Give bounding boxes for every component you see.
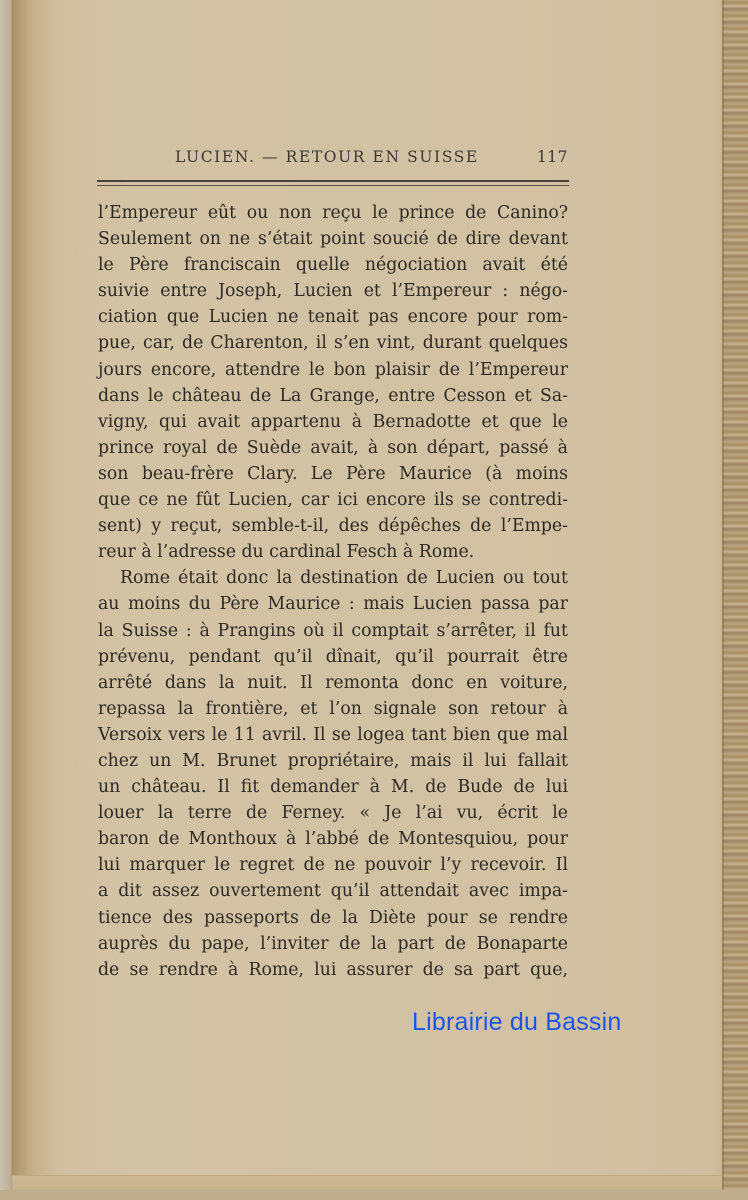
running-title: LUCIEN. — RETOUR EN SUISSE — [175, 148, 479, 166]
text-line: louer la terre de Ferney. « Je l’ai vu, … — [98, 800, 568, 826]
text-line: Versoix vers le 11 avril. Il se logea ta… — [98, 722, 568, 748]
text-line: a dit assez ouvertement qu’il attendait … — [98, 878, 568, 904]
text-line: au moins du Père Maurice : mais Lucien p… — [98, 591, 568, 617]
text-line: repassa la frontière, et l’on signale so… — [98, 696, 568, 722]
page-bottom-edge — [0, 1190, 748, 1200]
header-rule-thin — [97, 185, 569, 186]
text-line: chez un M. Brunet propriétaire, mais il … — [98, 748, 568, 774]
text-line: que ce ne fût Lucien, car ici encore ils… — [98, 487, 568, 513]
text-line: prince royal de Suède avait, à son dépar… — [98, 435, 568, 461]
text-line: vigny, qui avait appartenu à Bernadotte … — [98, 409, 568, 435]
text-line: jours encore, attendre le bon plaisir de… — [98, 357, 568, 383]
text-line: Seulement on ne s’était point soucié de … — [98, 226, 568, 252]
text-line: auprès du pape, l’inviter de la part de … — [98, 931, 568, 957]
text-line: la Suisse : à Prangins où il comptait s’… — [98, 618, 568, 644]
page-block-edges — [720, 0, 748, 1200]
text-line: l’Empereur eût ou non reçu le prince de … — [98, 200, 568, 226]
running-head: LUCIEN. — RETOUR EN SUISSE 117 — [175, 148, 570, 170]
text-line: suivie entre Joseph, Lucien et l’Empereu… — [98, 278, 568, 304]
text-line: lui marquer le regret de ne pouvoir l’y … — [98, 852, 568, 878]
text-line: prévenu, pendant qu’il dînait, qu’il pou… — [98, 644, 568, 670]
text-line: sent) y reçut, semble-t-il, des dépêches… — [98, 513, 568, 539]
text-line: dans le château de La Grange, entre Cess… — [98, 383, 568, 409]
page-number: 117 — [537, 148, 568, 166]
header-rule-thick — [97, 180, 569, 184]
text-line: pue, car, de Charenton, il s’en vint, du… — [98, 330, 568, 356]
text-line: un château. Il fit demander à M. de Bude… — [98, 774, 568, 800]
text-line: de se rendre à Rome, lui assurer de sa p… — [98, 957, 568, 983]
text-line: tience des passeports de la Diète pour s… — [98, 905, 568, 931]
text-line: reur à l’adresse du cardinal Fesch à Rom… — [98, 539, 568, 565]
text-line: son beau-frère Clary. Le Père Maurice (à… — [98, 461, 568, 487]
text-line: baron de Monthoux à l’abbé de Montesquio… — [98, 826, 568, 852]
body-text: l’Empereur eût ou non reçu le prince de … — [98, 200, 568, 983]
text-line: ciation que Lucien ne tenait pas encore … — [98, 304, 568, 330]
bookseller-watermark: Librairie du Bassin — [412, 1008, 621, 1037]
text-line: le Père franciscain quelle négociation a… — [98, 252, 568, 278]
text-line: arrêté dans la nuit. Il remonta donc en … — [98, 670, 568, 696]
paragraph-start-line: Rome était donc la destination de Lucien… — [98, 565, 568, 591]
